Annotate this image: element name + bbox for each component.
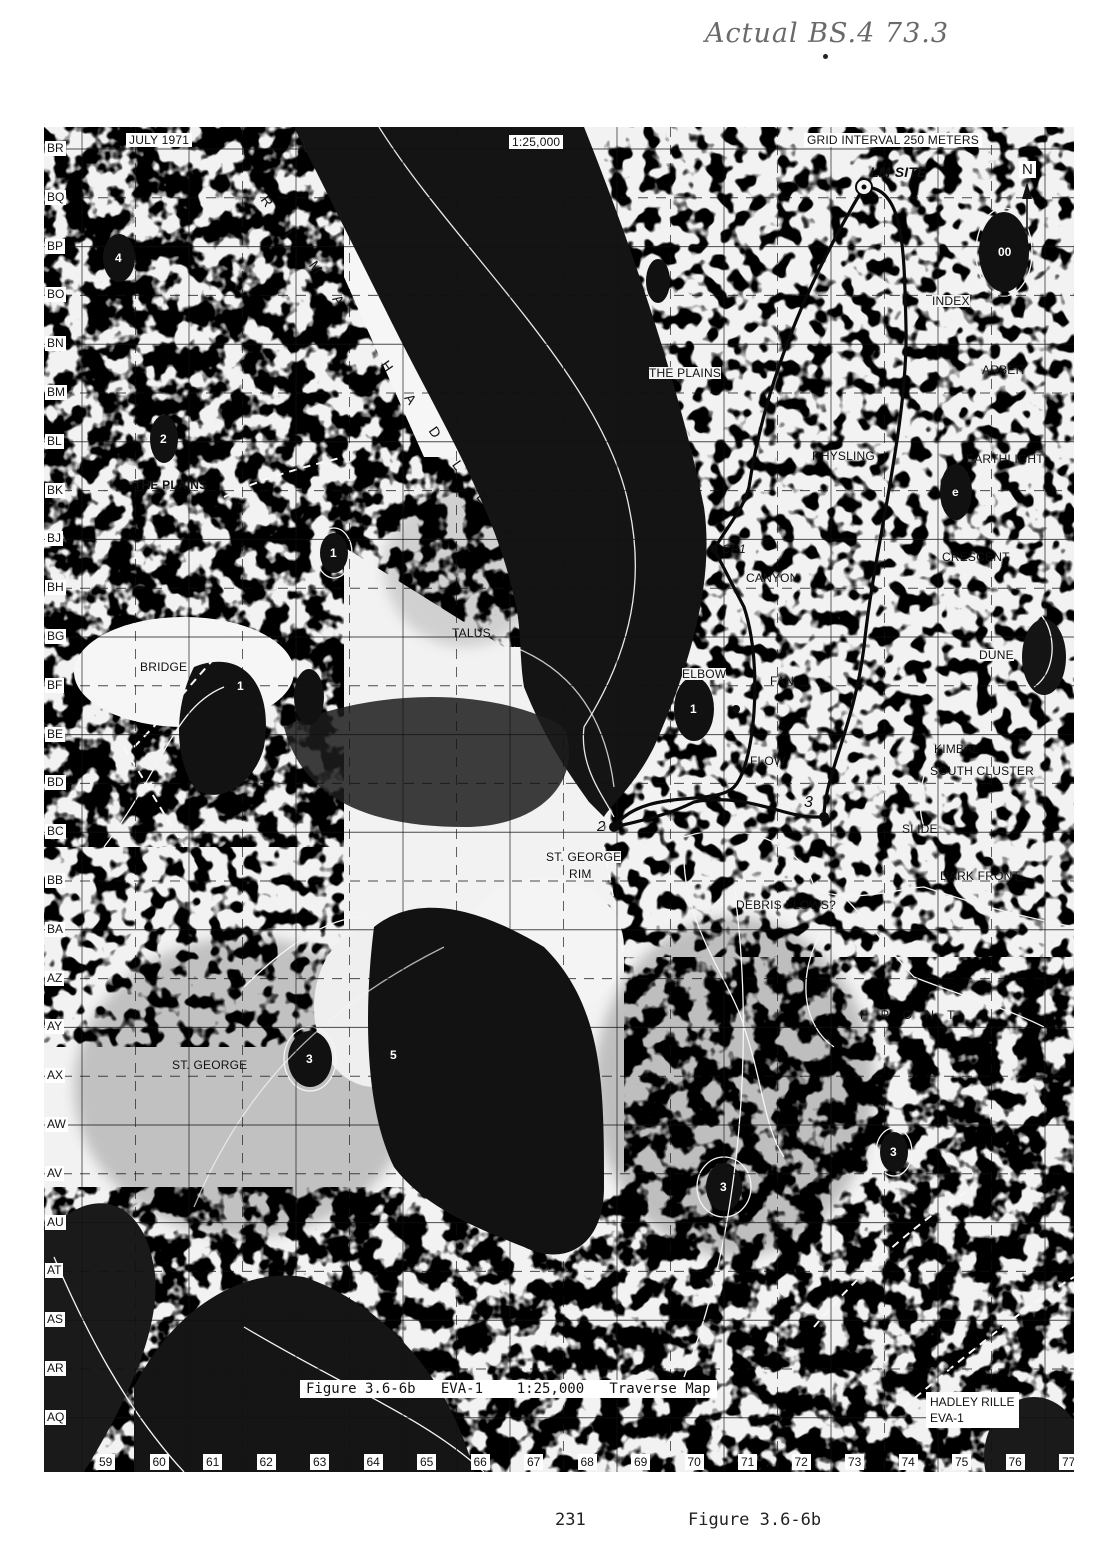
row-label: BF — [45, 678, 64, 693]
row-label: BG — [45, 629, 66, 644]
row-label: BH — [45, 580, 66, 595]
row-label: AX — [45, 1068, 65, 1083]
north-label: N — [1019, 161, 1036, 178]
crater-class-3: 3 — [306, 1053, 313, 1065]
label-flow: FLOW — [750, 755, 785, 767]
row-label: AQ — [45, 1410, 66, 1425]
row-label: BJ — [45, 531, 63, 546]
label-rhysling: RHYSLING — [812, 450, 875, 462]
crater-class-e: e — [952, 486, 959, 498]
row-label: BK — [45, 483, 65, 498]
row-label: AZ — [45, 971, 64, 986]
figure-label: Figure 3.6-6b — [688, 1510, 821, 1530]
row-label: BM — [45, 385, 67, 400]
label-elbow: ELBOW — [682, 668, 726, 680]
column-label: 71 — [738, 1454, 757, 1470]
grid-interval-label: GRID INTERVAL 250 METERS — [804, 133, 982, 147]
label-south-cluster: SOUTH CLUSTER — [930, 765, 1034, 777]
column-label: 70 — [685, 1454, 704, 1470]
row-label: BN — [45, 336, 66, 351]
row-label: BD — [45, 775, 66, 790]
label-the-plains-east: THE PLAINS — [649, 367, 721, 379]
column-label: 74 — [899, 1454, 918, 1470]
label-debris-flows: DEBRIS FLOWS? — [736, 899, 836, 911]
label-front: F R O N T — [860, 1009, 959, 1021]
row-label: AY — [45, 1019, 64, 1034]
row-label: BO — [45, 287, 66, 302]
label-crescent: CRESCENT — [942, 551, 1010, 563]
map-date: JULY 1971 — [126, 133, 192, 147]
legend-line-2: EVA-1 — [930, 1410, 1015, 1426]
row-label: BR — [45, 141, 66, 156]
label-bridge: BRIDGE — [140, 661, 187, 673]
page-number: 231 — [555, 1510, 586, 1530]
label-kimbal: KIMBAL — [934, 743, 979, 755]
station-3-label: 3 — [804, 795, 813, 811]
label-talus: TALUS — [452, 627, 491, 639]
row-label: BQ — [45, 190, 66, 205]
column-label: 73 — [845, 1454, 864, 1470]
row-label: BP — [45, 239, 65, 254]
handwritten-annotation: Actual BS.4 73.3 — [705, 18, 949, 49]
column-label: 63 — [310, 1454, 329, 1470]
column-label: 66 — [471, 1454, 490, 1470]
label-arbeit: ARBEIT — [982, 364, 1027, 376]
column-label: 59 — [96, 1454, 115, 1470]
column-label: 64 — [364, 1454, 383, 1470]
column-label: 67 — [524, 1454, 543, 1470]
row-label: BB — [45, 873, 65, 888]
column-label: 72 — [792, 1454, 811, 1470]
crater-class-5: 5 — [390, 1049, 397, 1061]
row-label: BA — [45, 922, 65, 937]
column-label: 77 — [1059, 1454, 1074, 1470]
crater-class-1: 1 — [690, 703, 697, 715]
label-cp1: CP1 — [722, 543, 746, 555]
column-label: 76 — [1006, 1454, 1025, 1470]
map-scale: 1:25,000 — [509, 135, 563, 149]
label-dark-front: DARK FRONT — [940, 870, 1020, 882]
label-st-george-rim-2: RIM — [569, 868, 592, 880]
crater-class-00: 00 — [998, 246, 1011, 258]
column-label: 61 — [203, 1454, 222, 1470]
label-the-plains-west: THE PLAINS — [134, 479, 207, 491]
column-label: 75 — [952, 1454, 971, 1470]
column-label: 65 — [417, 1454, 436, 1470]
map-caption: Figure 3.6-6b EVA-1 1:25,000 Traverse Ma… — [300, 1380, 717, 1398]
map-legend-box: HADLEY RILLE EVA-1 — [926, 1392, 1019, 1428]
column-label: 69 — [631, 1454, 650, 1470]
label-dune: DUNE — [979, 649, 1014, 661]
column-label: 62 — [257, 1454, 276, 1470]
column-label: 68 — [578, 1454, 597, 1470]
column-label: 60 — [150, 1454, 169, 1470]
label-st-george: ST. GEORGE — [172, 1059, 247, 1071]
crater-class-1c: 1 — [237, 680, 244, 692]
label-slide: SLIDE — [902, 823, 938, 835]
crater-class-3b: 3 — [720, 1181, 727, 1193]
label-fan: FAN — [770, 675, 794, 687]
row-label: AU — [45, 1215, 66, 1230]
traverse-map: JULY 1971 1:25,000 GRID INTERVAL 250 MET… — [44, 127, 1074, 1472]
handwritten-text: Actual BS.4 73.3 — [705, 18, 949, 49]
ink-dot — [823, 54, 828, 59]
crater-class-1b: 1 — [330, 547, 337, 559]
row-label: BE — [45, 727, 65, 742]
crater-class-4: 4 — [115, 252, 122, 264]
row-label: AV — [45, 1166, 64, 1181]
row-label: AW — [45, 1117, 68, 1132]
row-label: BC — [45, 824, 66, 839]
row-label: BL — [45, 434, 64, 449]
row-label: AS — [45, 1312, 65, 1327]
label-index: INDEX — [932, 295, 970, 307]
map-image — [44, 127, 1074, 1472]
station-2-label: 2 — [597, 819, 606, 834]
lm-site-label: LM SITE — [870, 165, 927, 179]
row-label: AT — [45, 1263, 63, 1278]
row-label: AR — [45, 1361, 66, 1376]
crater-class-2: 2 — [160, 433, 167, 445]
label-canyon: CANYON — [746, 572, 799, 584]
crater-class-3c: 3 — [890, 1146, 897, 1158]
label-earthlight: EARTHLIGHT — [966, 453, 1044, 465]
legend-line-1: HADLEY RILLE — [930, 1394, 1015, 1410]
label-st-george-rim-1: ST. GEORGE — [546, 851, 621, 863]
